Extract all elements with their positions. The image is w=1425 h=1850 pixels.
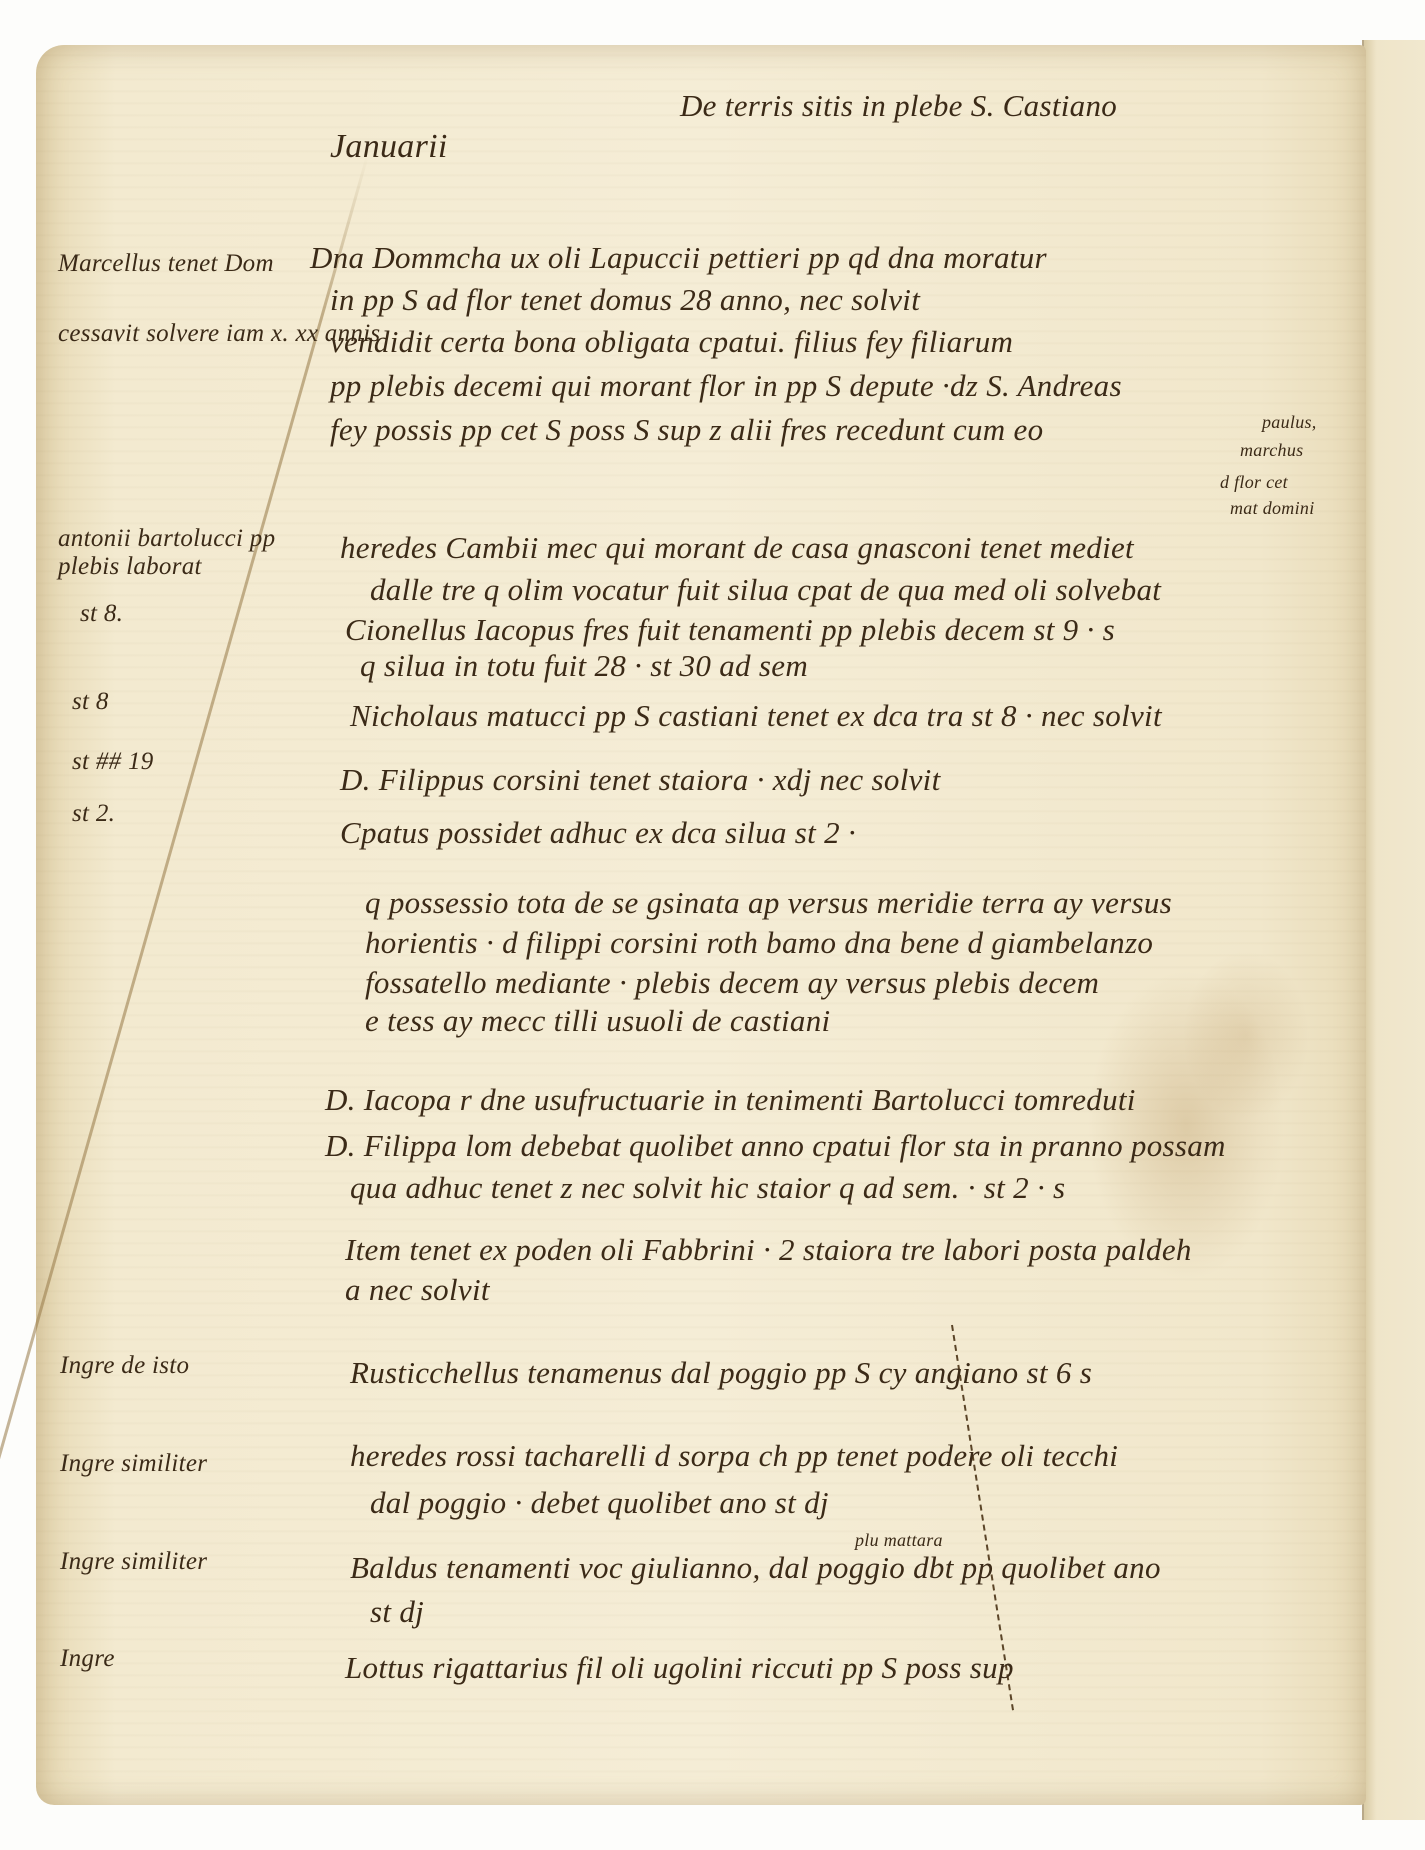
margin-note: Ingre de isto <box>60 1352 189 1380</box>
margin-note: Ingre similiter <box>60 1450 207 1478</box>
entry-line: e tess ay mecc tilli usuoli de castiani <box>365 1003 830 1039</box>
entry-line: heredes rossi tacharelli d sorpa ch pp t… <box>350 1438 1118 1474</box>
entry-line: st dj <box>370 1594 424 1630</box>
entry-line: pp plebis decemi qui morant flor in pp S… <box>330 368 1122 404</box>
entry-line: in pp S ad flor tenet domus 28 anno, nec… <box>330 282 920 318</box>
entry-line: dalle tre q olim vocatur fuit silua cpat… <box>370 572 1161 608</box>
entry-line: fossatello mediante · plebis decem ay ve… <box>365 965 1099 1001</box>
entry-line: Dna Dommcha ux oli Lapuccii pettieri pp … <box>310 240 1047 276</box>
entry-line: heredes Cambii mec qui morant de casa gn… <box>340 530 1134 566</box>
entry-line: vendidit certa bona obligata cpatui. fil… <box>330 324 1013 360</box>
entry-line: D. Filippa lom debebat quolibet anno cpa… <box>325 1128 1226 1164</box>
entry-line: a nec solvit <box>345 1272 490 1308</box>
right-margin-note: d flor cet <box>1220 472 1288 493</box>
fold-crease <box>0 155 369 1753</box>
entry-line: Cionellus Iacopus fres fuit tenamenti pp… <box>345 612 1115 648</box>
page-heading: De terris sitis in plebe S. Castiano <box>680 88 1117 124</box>
margin-note: st 8 <box>72 688 109 716</box>
entry-line: q possessio tota de se gsinata ap versus… <box>365 885 1172 921</box>
margin-note: st ## 19 <box>72 748 154 776</box>
right-margin-note: marchus <box>1240 440 1303 461</box>
adjacent-page-edge <box>1362 40 1425 1820</box>
margin-note: st 8. <box>80 600 123 628</box>
margin-note: st 2. <box>72 800 115 828</box>
entry-line: D. Iacopa r dne usufructuarie in tenimen… <box>325 1082 1136 1118</box>
right-margin-note: mat domini <box>1230 498 1315 519</box>
interlinear-note: plu mattara <box>855 1530 943 1551</box>
margin-note: Ingre <box>60 1645 115 1673</box>
entry-line: dal poggio · debet quolibet ano st dj <box>370 1485 829 1521</box>
entry-line: Rusticchellus tenamenus dal poggio pp S … <box>350 1355 1092 1391</box>
entry-line: Item tenet ex poden oli Fabbrini · 2 sta… <box>345 1232 1192 1268</box>
margin-note: Ingre similiter <box>60 1548 207 1576</box>
right-margin-note: paulus, <box>1262 412 1317 433</box>
entry-line: horientis · d filippi corsini roth bamo … <box>365 925 1153 961</box>
month-heading: Januarii <box>330 128 448 166</box>
entry-line: fey possis pp cet S poss S sup z alii fr… <box>330 412 1043 448</box>
margin-note: Marcellus tenet Dom <box>58 250 274 278</box>
entry-line: Cpatus possidet adhuc ex dca silua st 2 … <box>340 815 856 851</box>
entry-line: Nicholaus matucci pp S castiani tenet ex… <box>350 698 1162 734</box>
entry-line: D. Filippus corsini tenet staiora · xdj … <box>340 762 941 798</box>
entry-line: q silua in totu fuit 28 · st 30 ad sem <box>360 648 808 684</box>
margin-note: antonii bartolucci pp plebis laborat <box>58 525 288 581</box>
entry-line: qua adhuc tenet z nec solvit hic staior … <box>350 1170 1065 1206</box>
entry-line: Lottus rigattarius fil oli ugolini riccu… <box>345 1650 1014 1686</box>
entry-line: Baldus tenamenti voc giulianno, dal pogg… <box>350 1550 1161 1586</box>
